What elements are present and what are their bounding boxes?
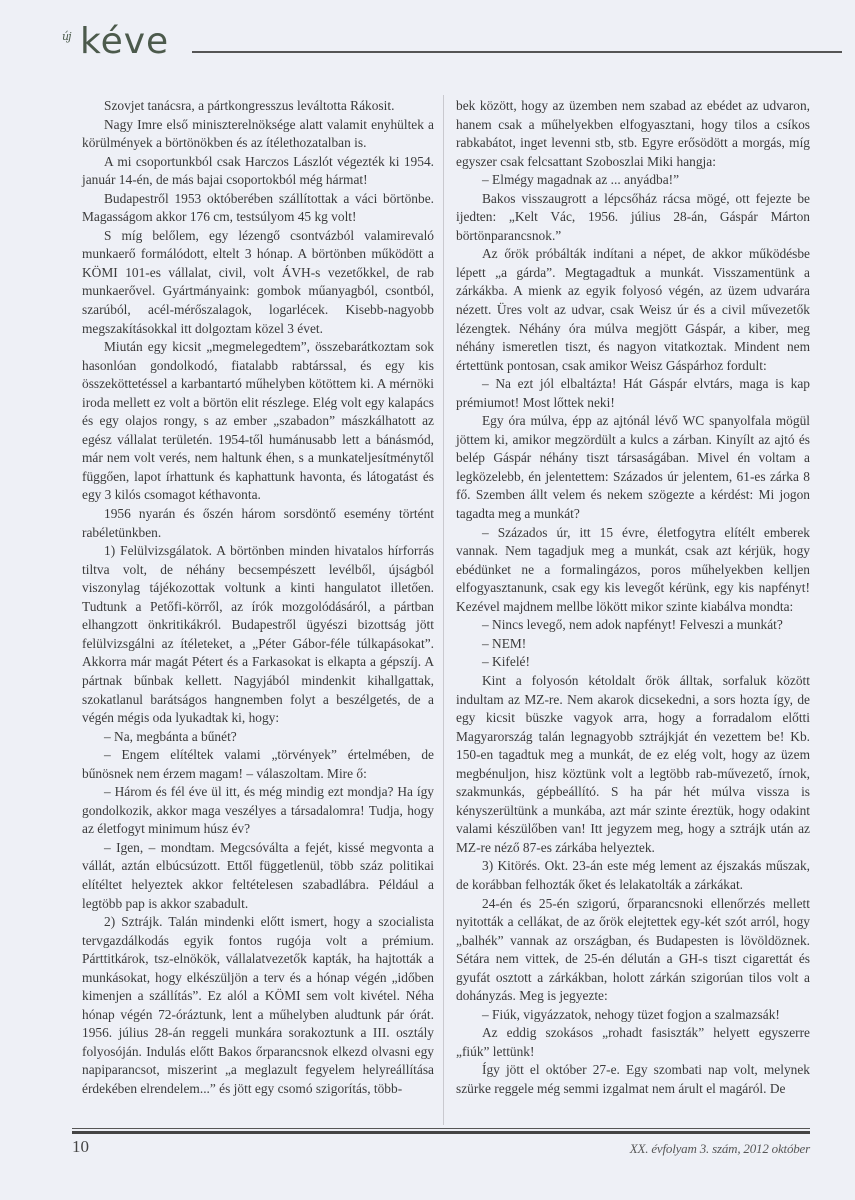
masthead-title: kéve (80, 22, 169, 62)
paragraph: 1956 nyarán és őszén három sorsdöntő ese… (82, 505, 434, 542)
paragraph: – Na ezt jól elbaltázta! Hát Gáspár elvt… (456, 375, 810, 412)
paragraph: A mi csoportunkból csak Harczos Lászlót … (82, 153, 434, 190)
paragraph: – NEM! (456, 635, 810, 654)
column-divider (443, 95, 444, 1125)
right-column: bek között, hogy az üzemben nem szabad a… (456, 97, 810, 1099)
paragraph: – Három és fél éve ül itt, és még mindig… (82, 783, 434, 839)
paragraph: S míg belőlem, egy lézengő csontvázból v… (82, 227, 434, 338)
paragraph: – Nincs levegő, nem adok napfényt! Felve… (456, 616, 810, 635)
paragraph: 24-én és 25-én szigorú, őrparancsnoki el… (456, 895, 810, 1006)
paragraph: 1) Felülvizsgálatok. A börtönben minden … (82, 542, 434, 727)
paragraph: Szovjet tanácsra, a pártkongresszus levá… (82, 97, 434, 116)
paragraph: – Kifelé! (456, 653, 810, 672)
paragraph: – Elmégy magadnak az ... anyádba!” (456, 171, 810, 190)
paragraph: Így jött el október 27-e. Egy szombati n… (456, 1061, 810, 1098)
paragraph: – Fiúk, vigyázzatok, nehogy tüzet fogjon… (456, 1006, 810, 1025)
paragraph: Miután egy kicsit „megmelegedtem”, össze… (82, 338, 434, 505)
paragraph: Az eddig szokásos „rohadt fasiszták” hel… (456, 1024, 810, 1061)
paragraph: – Engem elítéltek valami „törvények” ért… (82, 746, 434, 783)
masthead: új kéve (62, 22, 842, 72)
issue-info: XX. évfolyam 3. szám, 2012 október (630, 1141, 810, 1157)
paragraph: Egy óra múlva, épp az ajtónál lévő WC sp… (456, 412, 810, 523)
paragraph: Kint a folyosón kétoldalt őrök álltak, s… (456, 672, 810, 857)
paragraph: 2) Sztrájk. Talán mindenki előtt ismert,… (82, 913, 434, 1098)
paragraph: bek között, hogy az üzemben nem szabad a… (456, 97, 810, 171)
paragraph: 3) Kitörés. Okt. 23-án este még lement a… (456, 857, 810, 894)
footer-rule-thin (72, 1128, 810, 1129)
paragraph: Budapestről 1953 októberében szállította… (82, 190, 434, 227)
paragraph: Bakos visszaugrott a lépcsőház rácsa mög… (456, 190, 810, 246)
paragraph: – Na, megbánta a bűnét? (82, 728, 434, 747)
masthead-rule (192, 51, 842, 53)
paragraph: – Százados úr, itt 15 évre, életfogytra … (456, 524, 810, 617)
paragraph: – Igen, – mondtam. Megcsóválta a fejét, … (82, 839, 434, 913)
page-number: 10 (72, 1137, 89, 1157)
paragraph: Az őrök próbálták indítani a népet, de a… (456, 245, 810, 375)
footer-rule-thick (72, 1131, 810, 1134)
paragraph: Nagy Imre első miniszterelnöksége alatt … (82, 116, 434, 153)
left-column: Szovjet tanácsra, a pártkongresszus levá… (82, 97, 434, 1099)
masthead-prefix: új (62, 30, 71, 43)
